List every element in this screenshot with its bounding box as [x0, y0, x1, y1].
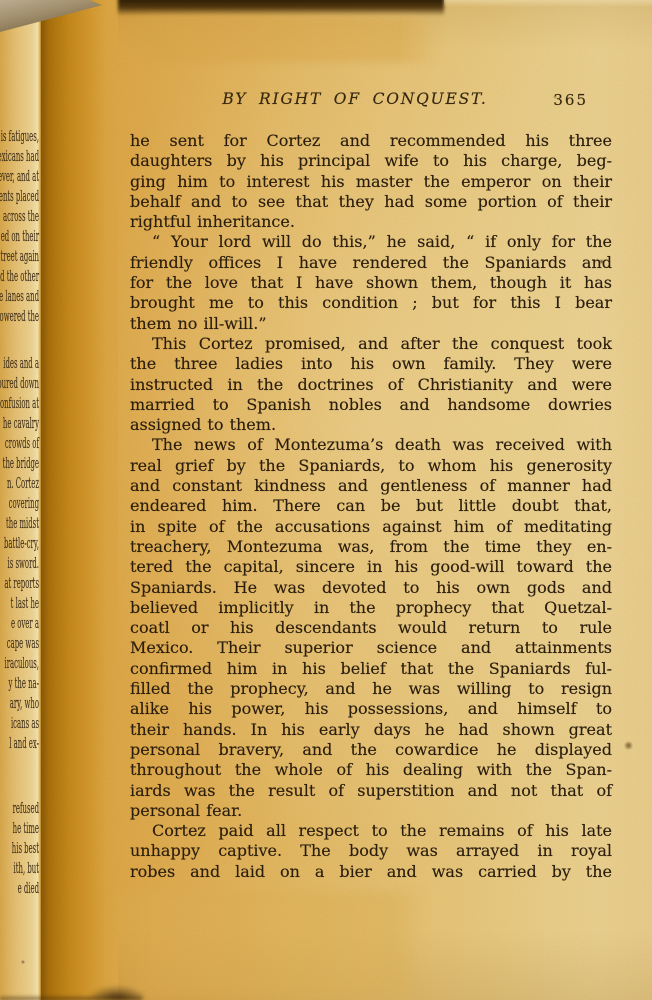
book-page: BY RIGHT OF CONQUEST. 365 he sent for Co… — [118, 0, 652, 1000]
edge-fragment-group: is fatigues,exicans hadever, and atents … — [0, 126, 39, 326]
edge-text-line: across the — [0, 206, 39, 226]
text-line: The news of Montezuma’s death was receiv… — [130, 435, 612, 455]
edge-text-line: the midst — [0, 513, 39, 533]
text-line: married to Spanish nobles and handsome d… — [130, 395, 612, 415]
text-line: he sent for Cortez and recommended his t… — [130, 131, 612, 151]
top-edge-shadow — [118, 0, 444, 16]
left-page-fragments: is fatigues,exicans hadever, and atents … — [0, 126, 39, 898]
edge-text-line: l and ex- — [0, 733, 39, 753]
text-line: real grief by the Spaniards, to whom his… — [130, 456, 612, 476]
text-line: Cortez paid all respect to the remains o… — [130, 821, 612, 841]
text-line: Mexico. Their superior science and attai… — [130, 638, 612, 658]
paragraph: The news of Montezuma’s death was receiv… — [130, 435, 612, 821]
text-line: iards was the result of superstition and… — [130, 781, 612, 801]
text-line: alike his power, his possessions, and hi… — [130, 699, 612, 719]
edge-text-line: oured down — [0, 373, 39, 393]
text-line: brought me to this condition ; but for t… — [130, 293, 612, 313]
edge-text-line: refused — [0, 798, 39, 818]
paper-speck — [21, 960, 25, 964]
text-line: confirmed him in his belief that the Spa… — [130, 659, 612, 679]
page-number: 365 — [553, 91, 588, 109]
text-line: coatl or his descendants would return to… — [130, 618, 612, 638]
text-line: their hands. In his early days he had sh… — [130, 720, 612, 740]
edge-text-line: d the other — [0, 266, 39, 286]
edge-text-line: t last he — [0, 593, 39, 613]
book-scan: is fatigues,exicans hadever, and atents … — [0, 0, 652, 1000]
edge-fragment-group: refusedhe timehis bestith, bute died — [0, 798, 39, 898]
edge-text-line: battle-cry, — [0, 533, 39, 553]
edge-text-line: his best — [0, 838, 39, 858]
edge-text-line: at reports — [0, 573, 39, 593]
paper-speck — [624, 741, 633, 750]
edge-text-line: cape was — [0, 633, 39, 653]
paragraph: he sent for Cortez and recommended his t… — [130, 131, 612, 232]
edge-text-line: owered the — [0, 306, 39, 326]
edge-text-line: icans as — [0, 713, 39, 733]
text-line: for the love that I have shown them, tho… — [130, 273, 612, 293]
text-line: in spite of the accusations against him … — [130, 517, 612, 537]
edge-text-line: is sword. — [0, 553, 39, 573]
scan-smear-bottom — [105, 892, 425, 1000]
edge-text-line: y the na- — [0, 673, 39, 693]
edge-text-line: onfusion at — [0, 393, 39, 413]
edge-text-line: treet again — [0, 246, 39, 266]
edge-text-line: crowds of — [0, 433, 39, 453]
text-line: daughters by his principal wife to his c… — [130, 151, 612, 171]
header-title: BY RIGHT OF CONQUEST. — [114, 90, 596, 108]
text-line: rightful inheritance. — [130, 212, 612, 232]
edge-text-line: ents placed — [0, 186, 39, 206]
text-line: assigned to them. — [130, 415, 612, 435]
text-line: personal fear. — [130, 801, 612, 821]
edge-text-line: he cavalry — [0, 413, 39, 433]
text-line: them no ill-will.” — [130, 314, 612, 334]
edge-text-line: n. Cortez — [0, 473, 39, 493]
page-body: he sent for Cortez and recommended his t… — [130, 131, 612, 882]
paper-speck — [553, 95, 557, 99]
text-line: tered the capital, sincere in his good-w… — [130, 557, 612, 577]
text-line: the three ladies into his own family. Th… — [130, 354, 612, 374]
gutter-shadow — [41, 0, 118, 1000]
edge-text-line: ever, and at — [0, 166, 39, 186]
text-line: This Cortez promised, and after the conq… — [130, 334, 612, 354]
text-line: believed implicitly in the prophecy that… — [130, 598, 612, 618]
text-line: unhappy captive. The body was arrayed in… — [130, 841, 612, 861]
paragraph: This Cortez promised, and after the conq… — [130, 334, 612, 435]
text-line: behalf and to see that they had some por… — [130, 192, 612, 212]
text-line: throughout the whole of his dealing with… — [130, 760, 612, 780]
text-line: filled the prophecy, and he was willing … — [130, 679, 612, 699]
text-line: and constant kindness and gentleness of … — [130, 476, 612, 496]
text-line: friendly offices I have rendered the Spa… — [130, 253, 612, 273]
paragraph: Cortez paid all respect to the remains o… — [130, 821, 612, 882]
edge-text-line: exicans had — [0, 146, 39, 166]
paper-speck — [599, 259, 604, 264]
text-line: robes and laid on a bier and was carried… — [130, 862, 612, 882]
edge-text-line: covering — [0, 493, 39, 513]
running-header: BY RIGHT OF CONQUEST. 365 — [130, 90, 612, 114]
edge-text-line: iraculous, — [0, 653, 39, 673]
edge-text-line: e over a — [0, 613, 39, 633]
scan-smear-top — [118, 16, 440, 62]
edge-text-line: e died — [0, 878, 39, 898]
left-page-edge: is fatigues,exicans hadever, and atents … — [0, 0, 41, 1000]
edge-text-line: is fatigues, — [0, 126, 39, 146]
edge-text-line: the bridge — [0, 453, 39, 473]
edge-text-line: ides and a — [0, 353, 39, 373]
text-line: ging him to interest his master the empe… — [130, 172, 612, 192]
edge-fragment-group: ides and aoured downonfusion athe cavalr… — [0, 353, 39, 753]
text-line: personal bravery, and the cowardice he d… — [130, 740, 612, 760]
text-line: instructed in the doctrines of Christian… — [130, 375, 612, 395]
edge-text-line: ed on their — [0, 226, 39, 246]
edge-text-line: ary, who — [0, 693, 39, 713]
edge-text-line: he time — [0, 818, 39, 838]
bottom-edge-strip — [0, 995, 142, 1000]
edge-text-line: ith, but — [0, 858, 39, 878]
edge-text-line: e lanes and — [0, 286, 39, 306]
text-line: treachery, Montezuma was, from the time … — [130, 537, 612, 557]
text-line: Spaniards. He was devoted to his own god… — [130, 578, 612, 598]
text-line: “ Your lord will do this,” he said, “ if… — [130, 232, 612, 252]
paragraph: “ Your lord will do this,” he said, “ if… — [130, 232, 612, 333]
text-line: endeared him. There can be but little do… — [130, 496, 612, 516]
top-edge-highlight — [444, 0, 652, 7]
